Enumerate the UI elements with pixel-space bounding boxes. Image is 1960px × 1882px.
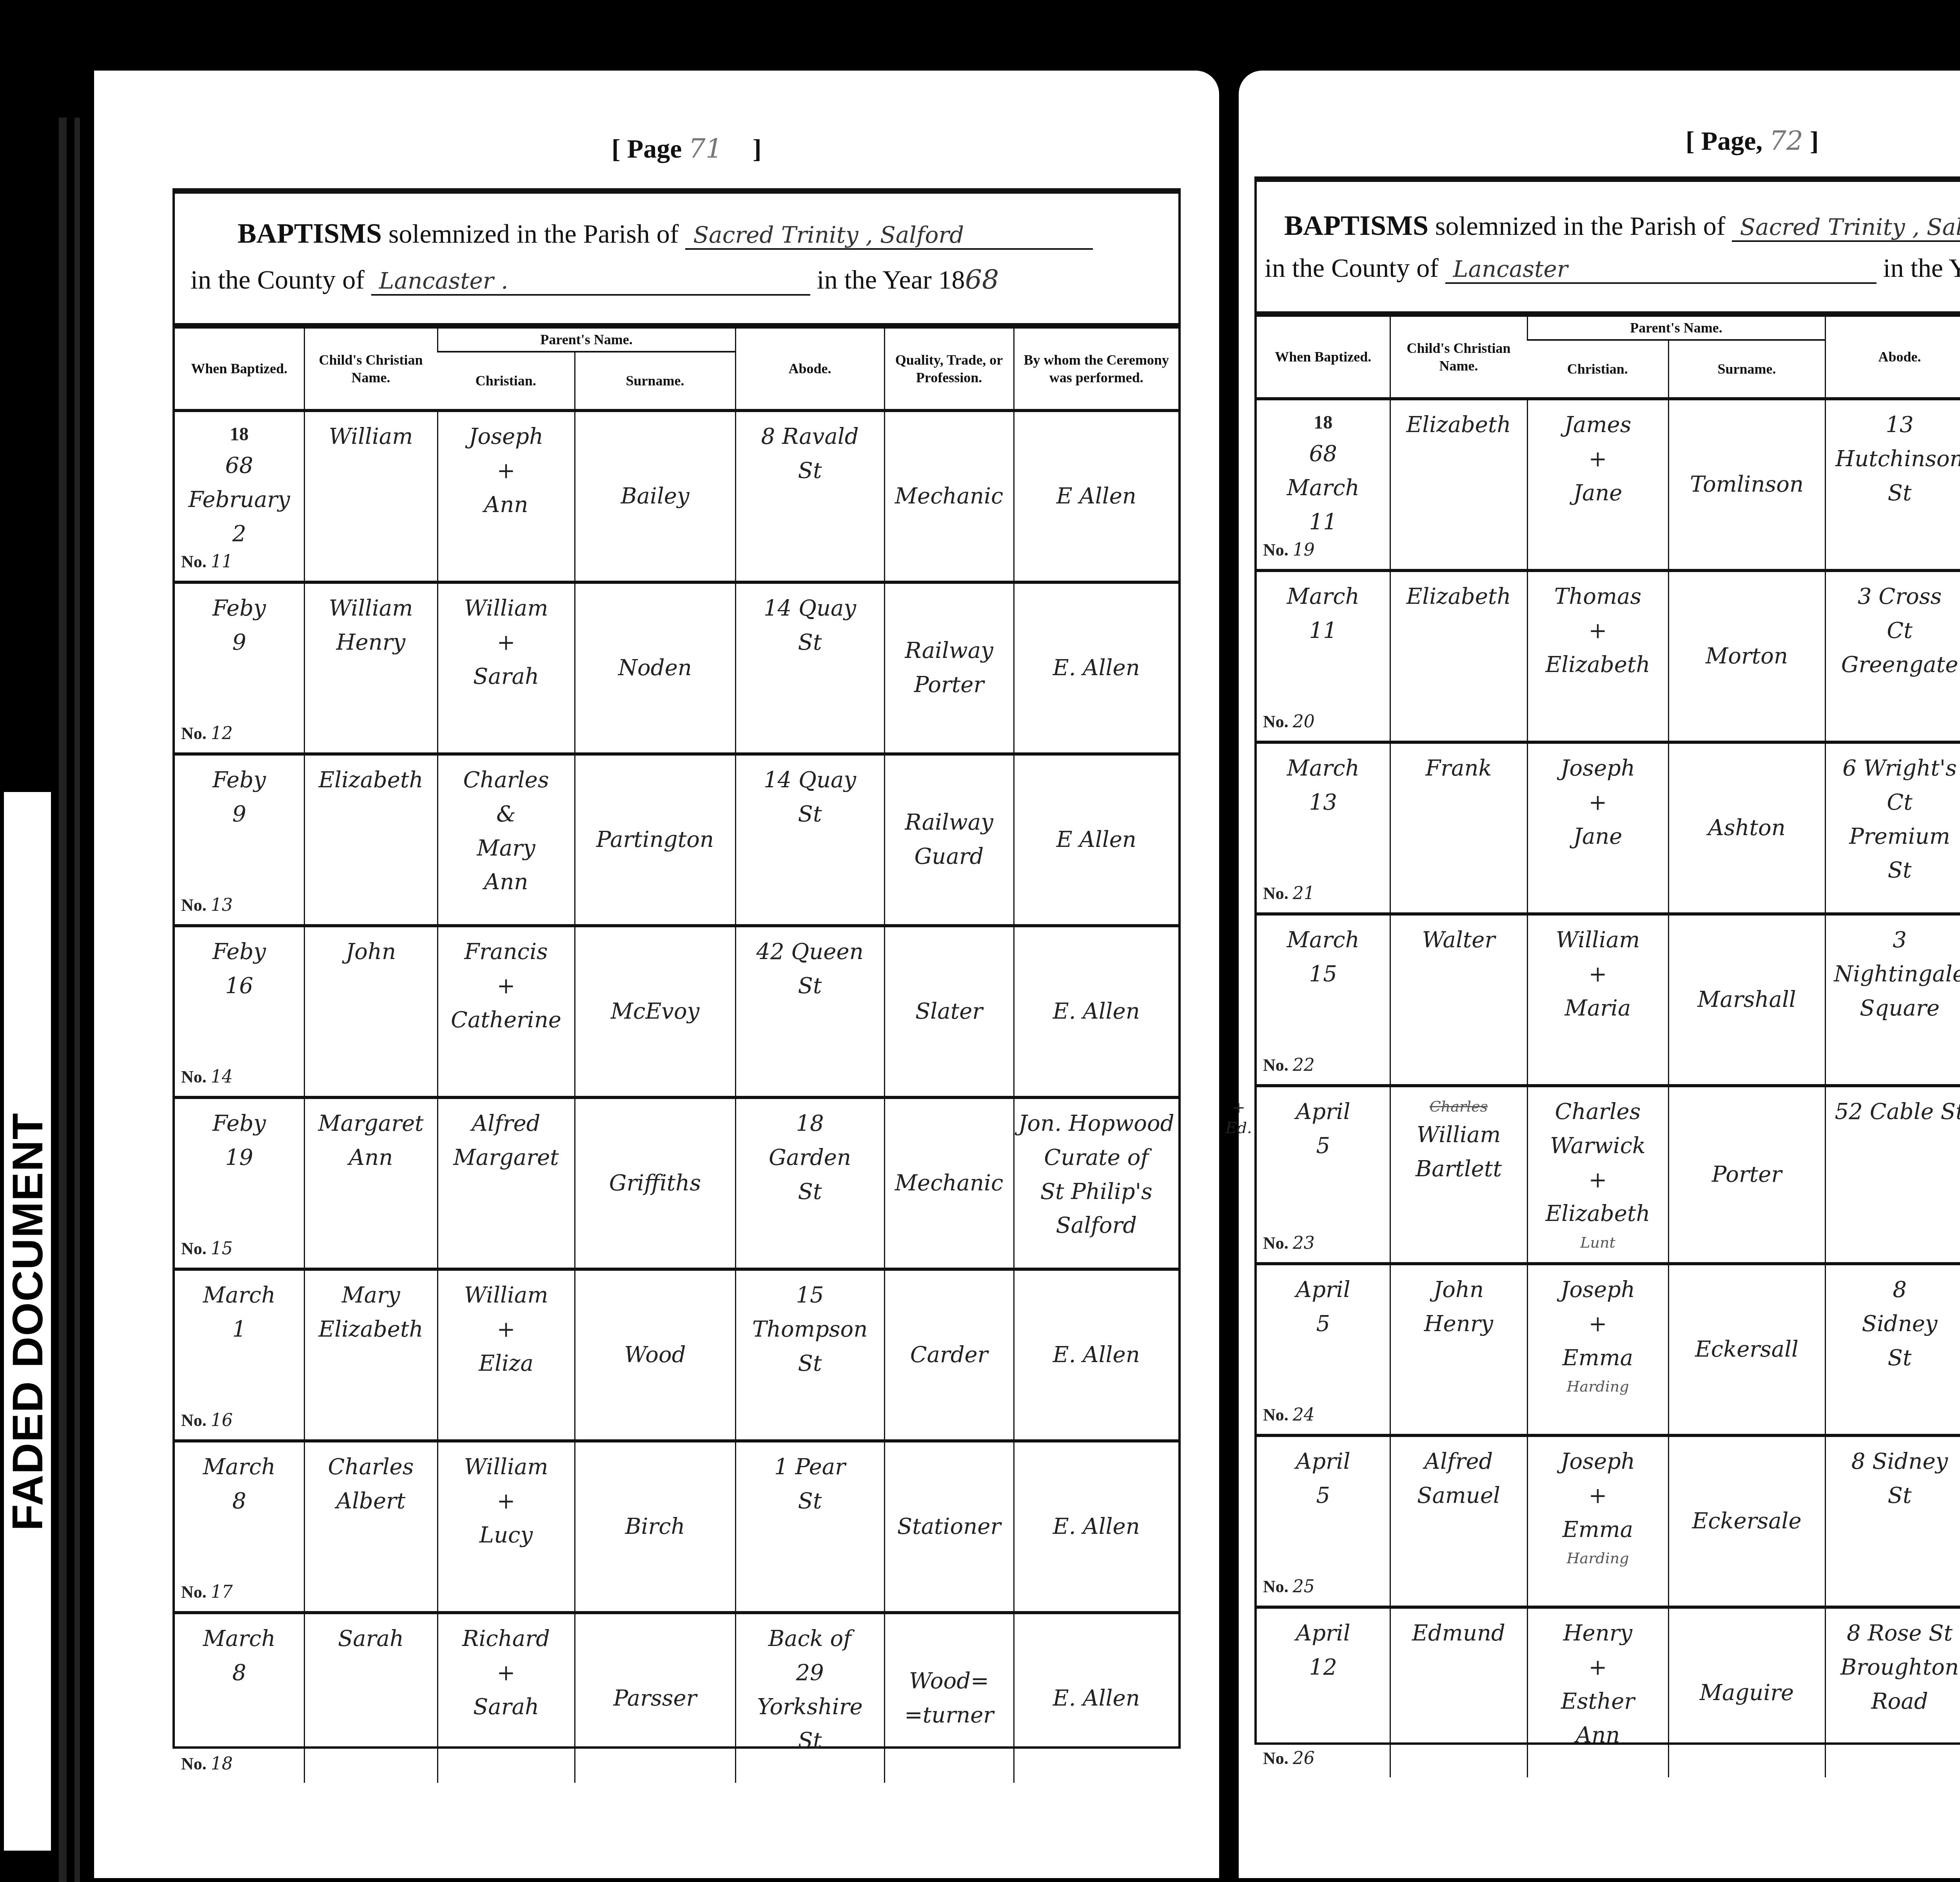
cell-quality: Mechanic (884, 411, 1014, 582)
child-name-line: Bartlett (1395, 1152, 1523, 1186)
col-abode: Abode. (1825, 317, 1960, 399)
county-label: in the County of (191, 265, 365, 294)
officiant-line: E. Allen (1018, 995, 1175, 1029)
child-name: CharlesAlbert (309, 1450, 433, 1519)
baptism-table: When Baptized. Child's Christian Name. P… (1257, 317, 1960, 1777)
child-name: Elizabeth (1395, 408, 1523, 442)
baptism-date: April12 (1261, 1617, 1386, 1685)
baptism-month: April (1261, 1445, 1386, 1479)
cell-parent-christian: James+Jane (1527, 399, 1668, 570)
cell-abode: 8 RavaldSt (735, 411, 884, 582)
baptism-date: March13 (1261, 752, 1386, 820)
table-row: March1No. 16MaryElizabethWilliam+ElizaWo… (175, 1269, 1178, 1441)
parent-christian-line: Elizabeth (1532, 648, 1664, 682)
entry-number-value: 13 (211, 895, 233, 915)
parent-christian-line: + (1532, 442, 1664, 476)
book-edge-stripe (59, 118, 67, 1882)
abode: 3 NightingaleSquare (1830, 923, 1960, 1025)
child-name-line: Walter (1395, 923, 1523, 957)
table-row: April5No. 23CharlesWilliamBartlettCharle… (1257, 1086, 1960, 1264)
parent-christian-line: Ann (442, 865, 570, 899)
abode-line: St (1830, 1341, 1960, 1375)
quality-line: Mechanic (889, 1166, 1009, 1201)
parent-christian-line: Joseph (1532, 752, 1664, 786)
entry-number: No. 11 (181, 549, 233, 575)
cell-by-whom: E. Allen (1014, 1269, 1178, 1441)
cell-child-name: Frank (1390, 742, 1527, 914)
baptism-day: 5 (1261, 1479, 1386, 1513)
quality-line: Stationer (889, 1510, 1009, 1544)
entry-number-label: No. (181, 724, 211, 743)
baptism-date: March8 (179, 1622, 300, 1690)
entry-number-label: No. (181, 1582, 211, 1602)
left-margin-note: + Ed. (1223, 1097, 1254, 1138)
entry-number-value: 11 (211, 552, 233, 572)
baptism-date: March8 (179, 1450, 300, 1519)
officiant: E Allen (1018, 480, 1175, 514)
cell-when-baptized: Feby9No. 12 (175, 582, 304, 754)
baptism-month: April (1261, 1095, 1386, 1129)
cell-abode: 8SidneySt (1825, 1264, 1960, 1435)
baptism-year: 1868 (179, 420, 300, 483)
child-name-line: William (309, 592, 433, 626)
cell-abode: 14 QuaySt (735, 582, 884, 754)
quality: Mechanic (889, 480, 1009, 514)
entry-number: No. 26 (1263, 1745, 1315, 1772)
cell-child-name: JohnHenry (1390, 1264, 1527, 1435)
baptism-month: March (1261, 580, 1386, 614)
entry-number-label: No. (1263, 1577, 1293, 1596)
parent-christian-line: Jane (1532, 476, 1664, 510)
col-parent-surname: Surname. (575, 352, 735, 411)
parent-christian-line: + (1532, 957, 1664, 992)
entry-number-value: 12 (211, 723, 233, 743)
parent-surname: McEvoy (579, 995, 731, 1029)
abode: 8 Rose StBroughtonRoad (1830, 1617, 1960, 1719)
cell-by-whom: E. Allen (1014, 1441, 1178, 1613)
child-name: Edmund (1395, 1617, 1523, 1651)
cell-parent-surname: Parsser (575, 1613, 735, 1783)
baptism-month: March (179, 1450, 300, 1484)
cell-child-name: Sarah (304, 1613, 437, 1783)
quality: Carder (889, 1338, 1009, 1372)
cell-parent-christian: AlfredMargaret (437, 1097, 575, 1269)
parent-christian-line: Emma (1532, 1513, 1664, 1547)
parent-christian-line: Ann (442, 488, 570, 522)
abode-line: St (1830, 476, 1960, 510)
year-printed: 18 (179, 420, 300, 449)
cell-by-whom: E Allen (1014, 411, 1178, 582)
entry-number-label: No. (181, 896, 211, 915)
cell-parent-surname: Morton (1668, 570, 1825, 742)
quality-line: Wood= (889, 1664, 1009, 1699)
parent-surname: Bailey (579, 480, 731, 514)
abode-line: St (740, 626, 880, 660)
parent-christian-line: + (1532, 1307, 1664, 1341)
child-name: Elizabeth (1395, 580, 1523, 614)
page-bracket: ] (1810, 126, 1819, 156)
abode: 42 QueenSt (740, 935, 880, 1003)
parent-christian: CharlesWarwick+Elizabeth (1532, 1095, 1664, 1231)
cell-abode: 3 CrossCtGreengate (1825, 570, 1960, 742)
parent-christian-line: Mary (442, 832, 570, 866)
child-name: JohnHenry (1395, 1273, 1523, 1341)
baptism-day: 13 (1261, 786, 1386, 820)
baptism-date: Feby19 (179, 1107, 300, 1175)
right-page-number: [ Page, 72 ] (1686, 125, 1819, 156)
cell-abode: 3 NightingaleSquare (1825, 914, 1960, 1086)
year-handwritten: 68 (179, 449, 300, 483)
parent-christian-line: + (1532, 1651, 1664, 1685)
abode-line: 8 Rose St (1830, 1617, 1960, 1651)
cell-by-whom: E Allen (1014, 754, 1178, 926)
officiant-line: E Allen (1018, 823, 1175, 857)
cell-child-name: CharlesWilliamBartlett (1390, 1086, 1527, 1264)
child-name-line: Albert (309, 1484, 433, 1519)
table-row: March13No. 21FrankJoseph+JaneAshton6 Wri… (1257, 742, 1960, 914)
parent-christian-line: Eliza (442, 1347, 570, 1381)
cell-parent-surname: Bailey (575, 411, 735, 582)
baptism-date: March11 (1261, 580, 1386, 648)
baptisms-title: BAPTISMS (238, 218, 382, 249)
cell-parent-surname: Maguire (1668, 1607, 1825, 1777)
cell-abode: 14 QuaySt (735, 754, 884, 926)
baptism-day: 11 (1261, 614, 1386, 648)
cell-child-name: Walter (1390, 914, 1527, 1086)
parent-surname: Eckersall (1673, 1333, 1821, 1367)
entry-number-label: No. (1263, 884, 1293, 903)
abode-line: 3 Nightingale (1830, 923, 1960, 992)
quality: RailwayPorter (889, 634, 1009, 702)
baptism-month: Feby (179, 1107, 300, 1141)
col-when-baptized: When Baptized. (1257, 317, 1390, 399)
baptism-day: 8 (179, 1656, 300, 1690)
faded-document-label: FADED DOCUMENT (4, 792, 51, 1851)
parent-christian-line: Henry (1532, 1617, 1664, 1651)
col-when-baptized: When Baptized. (175, 329, 304, 411)
entry-number: No. 19 (1263, 537, 1315, 563)
cell-parent-surname: Partington (575, 754, 735, 926)
parent-christian-line: + (442, 1656, 570, 1690)
child-name: William (309, 420, 433, 454)
parent-christian-line: + (442, 454, 570, 488)
table-row: Feby9No. 12WilliamHenryWilliam+SarahNode… (175, 582, 1178, 754)
cell-quality: Mechanic (884, 1097, 1014, 1269)
abode-line: 13 (1830, 408, 1960, 442)
abode-line: St (740, 1175, 880, 1209)
cell-parent-surname: Eckersale (1668, 1435, 1825, 1607)
baptism-month: March (1261, 471, 1386, 505)
col-parent-christian: Christian. (1527, 340, 1668, 399)
cell-quality: RailwayPorter (884, 582, 1014, 754)
officiant: E. Allen (1018, 1682, 1175, 1716)
abode-line: 1 Pear (740, 1450, 880, 1484)
abode: 52 Cable St (1830, 1095, 1960, 1129)
abode-line: St (740, 797, 880, 832)
quality-line: Railway (889, 806, 1009, 840)
cell-parent-christian: William+Maria (1527, 914, 1668, 1086)
parent-maiden-name: Harding (1532, 1547, 1664, 1570)
entry-number: No. 14 (181, 1064, 233, 1090)
cell-by-whom: Jon. HopwoodCurate ofSt Philip'sSalford (1014, 1097, 1178, 1269)
baptism-day: 8 (179, 1484, 300, 1519)
cell-when-baptized: March15No. 22 (1257, 914, 1390, 1086)
child-name: WilliamBartlett (1395, 1118, 1523, 1186)
abode-line: Road (1830, 1685, 1960, 1719)
parent-christian-line: Ann (1532, 1719, 1664, 1753)
year-label: in the Year 18 (1883, 253, 1960, 283)
parent-christian-line: Catherine (442, 1003, 570, 1037)
abode-line: Premium (1830, 820, 1960, 854)
cell-parent-surname: Griffiths (575, 1097, 735, 1269)
parent-surname: Wood (579, 1338, 731, 1372)
parent-christian-line: Charles (442, 763, 570, 797)
parish-line: BAPTISMS solemnized in the Parish of Sac… (238, 217, 1093, 250)
abode-line: Back of (740, 1622, 880, 1656)
cell-when-baptized: March8No. 17 (175, 1441, 304, 1613)
officiant: E. Allen (1018, 1510, 1175, 1544)
cell-parent-surname: Marshall (1668, 914, 1825, 1086)
cell-parent-surname: Tomlinson (1668, 399, 1825, 570)
baptism-date: March1 (179, 1279, 300, 1347)
baptism-date: 1868February2 (179, 420, 300, 551)
cell-by-whom: E. Allen (1014, 1613, 1178, 1783)
abode: 8SidneySt (1830, 1273, 1960, 1375)
abode: 3 CrossCtGreengate (1830, 580, 1960, 682)
abode: 15ThompsonSt (740, 1279, 880, 1381)
baptism-month: Feby (179, 592, 300, 626)
child-name-line: Samuel (1395, 1479, 1523, 1513)
cell-parent-surname: Noden (575, 582, 735, 754)
baptism-date: 1868March11 (1261, 408, 1386, 540)
cell-abode: Back of29 YorkshireSt (735, 1613, 884, 1783)
parent-christian-line: Esther (1532, 1685, 1664, 1719)
entry-number: No. 23 (1263, 1230, 1315, 1257)
parent-christian-line: Sarah (442, 1690, 570, 1724)
page-label: [ Page (612, 134, 682, 163)
child-name: MaryElizabeth (309, 1279, 433, 1347)
parent-christian: James+Jane (1532, 408, 1664, 510)
parent-christian-line: Lucy (442, 1519, 570, 1553)
parent-christian: Francis+Catherine (442, 935, 570, 1037)
child-name-line: Frank (1395, 752, 1523, 786)
parent-christian-line: + (1532, 1479, 1664, 1513)
entry-number: No. 16 (181, 1407, 233, 1434)
quality-line: Slater (889, 995, 1009, 1029)
parent-christian-line: + (442, 1313, 570, 1347)
left-page-number: [ Page 71 ] (612, 133, 762, 164)
parent-christian-line: Thomas (1532, 580, 1664, 614)
county-value: Lancaster (1445, 256, 1877, 284)
page-bracket: ] (753, 134, 762, 163)
parish-value: Sacred Trinity , Salford (685, 222, 1093, 250)
col-child-name: Child's Christian Name. (1390, 317, 1527, 399)
abode-line: 42 Queen (740, 935, 880, 969)
entry-number-value: 23 (1293, 1233, 1315, 1253)
cell-child-name: John (304, 926, 437, 1097)
baptism-day: 15 (1261, 957, 1386, 992)
abode: 8 RavaldSt (740, 420, 880, 488)
entry-number-label: No. (181, 552, 211, 571)
baptism-day: 11 (1261, 505, 1386, 540)
child-name-line: Margaret (309, 1107, 433, 1141)
cell-abode: 1 PearSt (735, 1441, 884, 1613)
parish-line: BAPTISMS solemnized in the Parish of Sac… (1284, 209, 1960, 242)
year-label: in the Year 18 (817, 265, 965, 294)
abode-line: Garden (740, 1141, 880, 1175)
parent-christian-line: Emma (1532, 1341, 1664, 1375)
entry-number-value: 16 (211, 1410, 233, 1430)
parent-christian: Joseph+Ann (442, 420, 570, 522)
county-line: in the County of Lancaster in the Year 1… (1265, 253, 1960, 284)
col-by-whom: By whom the Ceremony was performed. (1014, 329, 1178, 411)
parent-christian: Richard+Sarah (442, 1622, 570, 1724)
parent-surname: Marshall (1673, 983, 1821, 1017)
cell-parent-christian: William+Eliza (437, 1269, 575, 1441)
abode: 13HutchinsonSt (1830, 408, 1960, 510)
parent-christian-line: + (1532, 614, 1664, 648)
table-row: 1868March11No. 19ElizabethJames+JaneToml… (1257, 399, 1960, 570)
parent-christian: Joseph+Emma (1532, 1273, 1664, 1375)
parent-surname: Porter (1673, 1158, 1821, 1192)
entry-number-value: 24 (1293, 1405, 1315, 1425)
abode-line: 15 (740, 1279, 880, 1313)
child-name: Sarah (309, 1622, 433, 1656)
entry-number: No. 13 (181, 892, 233, 919)
parent-christian-line: William (442, 1279, 570, 1313)
baptism-month: April (1261, 1273, 1386, 1307)
abode-line: St (740, 1724, 880, 1758)
quality-line: =turner (889, 1699, 1009, 1733)
entry-number-label: No. (181, 1067, 211, 1086)
parent-maiden-name: Lunt (1532, 1231, 1664, 1254)
baptism-date: Feby9 (179, 592, 300, 660)
abode-line: Greengate (1830, 648, 1960, 682)
entry-number-label: No. (1263, 1405, 1293, 1424)
cell-abode: 6 Wright'sCtPremiumSt (1825, 742, 1960, 914)
officiant-line: St Philip's (1018, 1175, 1175, 1209)
cell-parent-christian: Francis+Catherine (437, 926, 575, 1097)
parent-christian: AlfredMargaret (442, 1107, 570, 1175)
page-label: [ Page, (1686, 126, 1762, 156)
register-heading: BAPTISMS solemnized in the Parish of Sac… (175, 194, 1178, 329)
entry-number-label: No. (181, 1411, 211, 1430)
cell-abode: 8 SidneySt (1825, 1435, 1960, 1607)
baptism-month: April (1261, 1617, 1386, 1651)
officiant: Jon. HopwoodCurate ofSt Philip'sSalford (1018, 1107, 1175, 1243)
parent-christian-line: James (1532, 408, 1664, 442)
county-line: in the County of Lancaster . in the Year… (191, 264, 999, 296)
parent-christian-line: Margaret (442, 1141, 570, 1175)
officiant-line: Curate of (1018, 1141, 1175, 1175)
child-name: Walter (1395, 923, 1523, 957)
abode-line: Ct (1830, 786, 1960, 820)
baptism-day: 19 (179, 1141, 300, 1175)
entry-number: No. 20 (1263, 708, 1315, 735)
officiant-line: E. Allen (1018, 1682, 1175, 1716)
baptism-day: 16 (179, 969, 300, 1003)
abode: 6 Wright'sCtPremiumSt (1830, 752, 1960, 888)
parent-christian-line: + (442, 626, 570, 660)
officiant-line: E. Allen (1018, 1338, 1175, 1372)
cell-when-baptized: April5No. 24 (1257, 1264, 1390, 1435)
solemnized-label: solemnized in the Parish of (388, 219, 679, 249)
parent-christian-line: Warwick (1532, 1129, 1664, 1163)
abode-line: Hutchinson (1830, 442, 1960, 476)
abode-line: St (1830, 1479, 1960, 1513)
cell-when-baptized: Feby9No. 13 (175, 754, 304, 926)
cell-parent-christian: Joseph+Jane (1527, 742, 1668, 914)
child-name-line: William (1395, 1118, 1523, 1152)
abode-line: 8 Ravald (740, 420, 880, 454)
cell-when-baptized: 1868February2No. 11 (175, 411, 304, 582)
left-baptism-register: BAPTISMS solemnized in the Parish of Sac… (172, 188, 1181, 1749)
table-row: April5No. 24JohnHenryJoseph+EmmaHardingE… (1257, 1264, 1960, 1435)
parent-christian-line: Jane (1532, 820, 1664, 854)
parent-christian-line: Alfred (442, 1107, 570, 1141)
abode-line: 18 (740, 1107, 880, 1141)
parent-christian: William+Sarah (442, 592, 570, 694)
abode-line: Square (1830, 992, 1960, 1026)
parent-christian-line: William (1532, 923, 1664, 957)
child-name-line: Mary (309, 1279, 433, 1313)
child-name-line: Ann (309, 1141, 433, 1175)
entry-number-value: 22 (1293, 1055, 1315, 1075)
entry-number-value: 19 (1293, 540, 1315, 560)
officiant-line: E Allen (1018, 480, 1175, 514)
parent-christian: William+Lucy (442, 1450, 570, 1552)
cell-when-baptized: March8No. 18 (175, 1613, 304, 1783)
cell-parent-surname: Wood (575, 1269, 735, 1441)
cell-when-baptized: March13No. 21 (1257, 742, 1390, 914)
baptism-table: When Baptized. Child's Christian Name. P… (175, 329, 1178, 1783)
parent-christian: Joseph+Jane (1532, 752, 1664, 854)
parish-value: Sacred Trinity , Salford (1732, 214, 1960, 242)
county-label: in the County of (1265, 253, 1439, 283)
baptism-day: 9 (179, 797, 300, 832)
cell-quality: Stationer (884, 1441, 1014, 1613)
page-number-value: 71 (688, 133, 722, 164)
cell-parent-surname: Birch (575, 1441, 735, 1613)
entry-number-label: No. (1263, 1055, 1293, 1075)
abode-line: 14 Quay (740, 592, 880, 626)
cell-by-whom: E. Allen (1014, 926, 1178, 1097)
cell-parent-christian: Richard+Sarah (437, 1613, 575, 1783)
entry-number-value: 14 (211, 1067, 233, 1087)
col-parent-surname: Surname. (1668, 340, 1825, 399)
baptism-day: 12 (1261, 1651, 1386, 1685)
parent-christian-line: + (442, 969, 570, 1003)
baptism-month: February (179, 483, 300, 517)
cell-child-name: Elizabeth (304, 754, 437, 926)
entry-number: No. 24 (1263, 1402, 1315, 1428)
entry-number-label: No. (181, 1239, 211, 1258)
solemnized-label: solemnized in the Parish of (1435, 211, 1725, 241)
scan-border-top (0, 0, 1960, 74)
parent-christian-line: Richard (442, 1622, 570, 1656)
cell-child-name: MargaretAnn (304, 1097, 437, 1269)
quality-line: Porter (889, 668, 1009, 702)
entry-number-value: 15 (211, 1239, 233, 1259)
parent-christian: William+Eliza (442, 1279, 570, 1381)
child-name: Frank (1395, 752, 1523, 786)
baptism-date: Feby16 (179, 935, 300, 1003)
baptism-day: 9 (179, 626, 300, 660)
abode-line: St (740, 454, 880, 488)
baptism-month: Feby (179, 763, 300, 797)
entry-number-label: No. (1263, 712, 1293, 731)
quality: Slater (889, 995, 1009, 1029)
